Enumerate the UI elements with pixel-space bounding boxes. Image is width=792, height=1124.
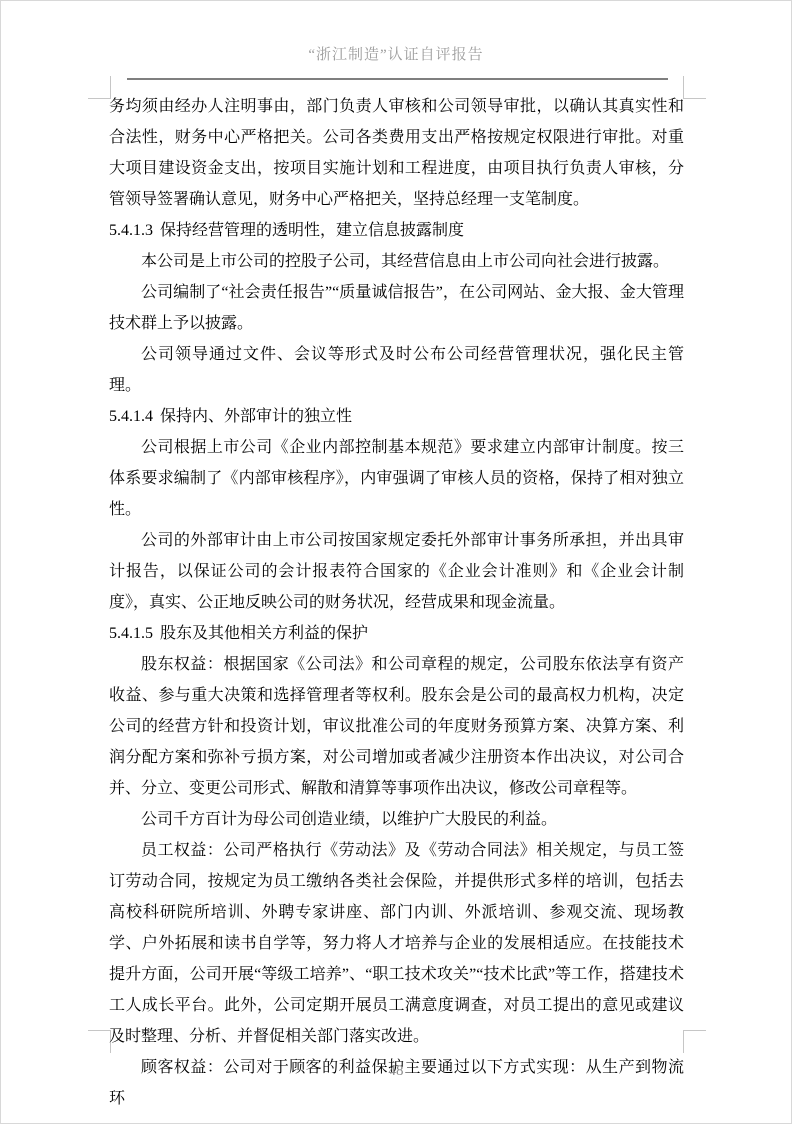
header-rule [127, 78, 668, 80]
paragraph: 本公司是上市公司的控股子公司，其经营信息由上市公司向社会进行披露。 [109, 246, 684, 277]
section-heading-5-4-1-5: 5.4.1.5股东及其他相关方利益的保护 [109, 618, 684, 649]
page-number: 48 [1, 1063, 791, 1080]
heading-number: 5.4.1.5 [109, 625, 153, 642]
paragraph: 公司千方百计为母公司创造业绩，以维护广大股民的利益。 [109, 804, 684, 835]
crop-mark-bottom-right [683, 1030, 706, 1053]
heading-number: 5.4.1.3 [109, 222, 153, 239]
paragraph: 公司的外部审计由上市公司按国家规定委托外部审计事务所承担，并出具审计报告，以保证… [109, 525, 684, 618]
page-header-title: “浙江制造”认证自评报告 [1, 46, 791, 64]
paragraph-continuation: 务均须由经办人注明事由，部门负责人审核和公司领导审批，以确认其真实性和合法性，财… [109, 91, 684, 215]
paragraph: 顾客权益：公司对于顾客的利益保护主要通过以下方式实现：从生产到物流环 [109, 1052, 684, 1114]
paragraph: 公司编制了“社会责任报告”“质量诚信报告”，在公司网站、金大报、金大管理技术群上… [109, 277, 684, 339]
crop-mark-bottom-left [88, 1030, 111, 1053]
heading-title: 保持经营管理的透明性，建立信息披露制度 [160, 222, 464, 239]
crop-mark-top-left [88, 76, 111, 99]
section-heading-5-4-1-4: 5.4.1.4保持内、外部审计的独立性 [109, 401, 684, 432]
section-heading-5-4-1-3: 5.4.1.3保持经营管理的透明性，建立信息披露制度 [109, 215, 684, 246]
heading-title: 保持内、外部审计的独立性 [160, 408, 352, 425]
paragraph: 员工权益：公司严格执行《劳动法》及《劳动合同法》相关规定，与员工签订劳动合同，按… [109, 835, 684, 1052]
document-page: “浙江制造”认证自评报告 务均须由经办人注明事由，部门负责人审核和公司领导审批，… [0, 0, 792, 1124]
paragraph: 公司领导通过文件、会议等形式及时公布公司经营管理状况，强化民主管理。 [109, 339, 684, 401]
paragraph: 股东权益：根据国家《公司法》和公司章程的规定，公司股东依法享有资产收益、参与重大… [109, 649, 684, 804]
heading-number: 5.4.1.4 [109, 408, 153, 425]
heading-title: 股东及其他相关方利益的保护 [160, 625, 368, 642]
crop-mark-top-right [683, 76, 706, 99]
paragraph: 公司根据上市公司《企业内部控制基本规范》要求建立内部审计制度。按三体系要求编制了… [109, 432, 684, 525]
document-body: 务均须由经办人注明事由，部门负责人审核和公司领导审批，以确认其真实性和合法性，财… [109, 91, 684, 1114]
